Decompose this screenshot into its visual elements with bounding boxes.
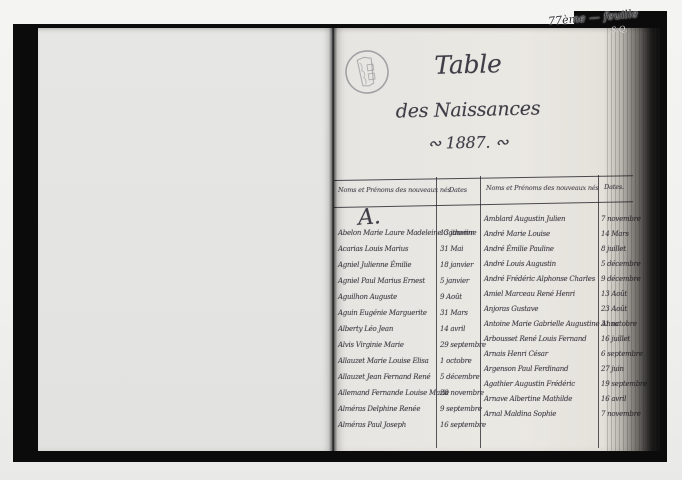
birth-date: 13 janvier — [440, 229, 473, 237]
birth-date: 16 septembre — [440, 421, 486, 429]
newborn-name: Agniel Julienne Émilie — [338, 261, 411, 269]
newborn-name: Alméras Paul Joseph — [338, 421, 406, 429]
newborn-name: Arnais Henri César — [484, 350, 548, 358]
newborn-name: André Marie Louise — [484, 230, 550, 238]
birth-date: 18 janvier — [440, 261, 473, 269]
birth-date: 29 septembre — [440, 341, 486, 349]
birth-date: 14 avril — [440, 325, 465, 333]
birth-date: 9 septembre — [440, 405, 482, 413]
newborn-name: Agathier Augustin Frédéric — [484, 380, 575, 388]
page-stack-edge — [604, 27, 662, 452]
birth-date: 28 novembre — [440, 389, 484, 397]
birth-date: 5 janvier — [440, 277, 469, 285]
header-dates-left: Dates — [436, 186, 480, 194]
header-names-left: Noms et Prénoms des nouveaux nés — [338, 186, 434, 194]
newborn-name: Aguilhon Auguste — [338, 293, 397, 301]
newborn-name: André Louis Augustin — [484, 260, 556, 268]
newborn-name: André Émilie Pauline — [484, 245, 554, 253]
newborn-name: Allemand Fernande Louise Marie — [338, 389, 449, 397]
newborn-name: Amblard Augustin Julien — [484, 215, 565, 223]
page-title: Table — [406, 48, 531, 80]
header-names-right: Noms et Prénoms des nouveaux nés — [486, 184, 596, 192]
newborn-name: Arbousset René Louis Fernand — [484, 335, 586, 343]
birth-date: 9 Août — [440, 293, 462, 301]
birth-date: 1 octobre — [440, 357, 472, 365]
newborn-name: Allauzet Jean Fernand René — [338, 373, 430, 381]
year-line: ∾ 1887. ∾ — [398, 132, 538, 153]
section-letter: A. — [357, 204, 381, 231]
newborn-name: Alvis Virginie Marie — [338, 341, 404, 349]
newborn-name: Antoine Marie Gabrielle Augustine Anna — [484, 320, 619, 328]
page-subtitle: des Naissances — [386, 97, 550, 122]
birth-date: 5 décembre — [440, 373, 479, 381]
circular-archive-stamp-icon — [340, 44, 394, 100]
newborn-name: Acarias Louis Marius — [338, 245, 408, 253]
book-gutter-shadow — [329, 26, 337, 452]
birth-date: 31 Mai — [440, 245, 463, 253]
register-scan-canvas: Table des Naissances ∾ 1887. ∾ 77ème — f… — [0, 0, 682, 480]
newborn-name: Anjoras Gustave — [484, 305, 538, 313]
newborn-name: Amiel Marceau René Henri — [484, 290, 575, 298]
newborn-name: André Frédéric Alphonse Charles — [484, 275, 595, 283]
newborn-name: Agniel Paul Marius Ernest — [338, 277, 425, 285]
newborn-name: Alberty Léo Jean — [338, 325, 393, 333]
newborn-name: Arnal Maldina Sophie — [484, 410, 556, 418]
birth-date: 31 Mars — [440, 309, 468, 317]
newborn-name: Aguin Eugénie Marguerite — [338, 309, 427, 317]
clerk-initials: S.Q. — [611, 24, 628, 34]
newborn-name: Allauzet Marie Louise Elisa — [338, 357, 429, 365]
newborn-name: Argenson Paul Ferdinand — [484, 365, 568, 373]
newborn-name: Arnave Albertine Mathilde — [484, 395, 572, 403]
newborn-name: Alméras Delphine Renée — [338, 405, 420, 413]
left-page-blank — [38, 28, 333, 451]
